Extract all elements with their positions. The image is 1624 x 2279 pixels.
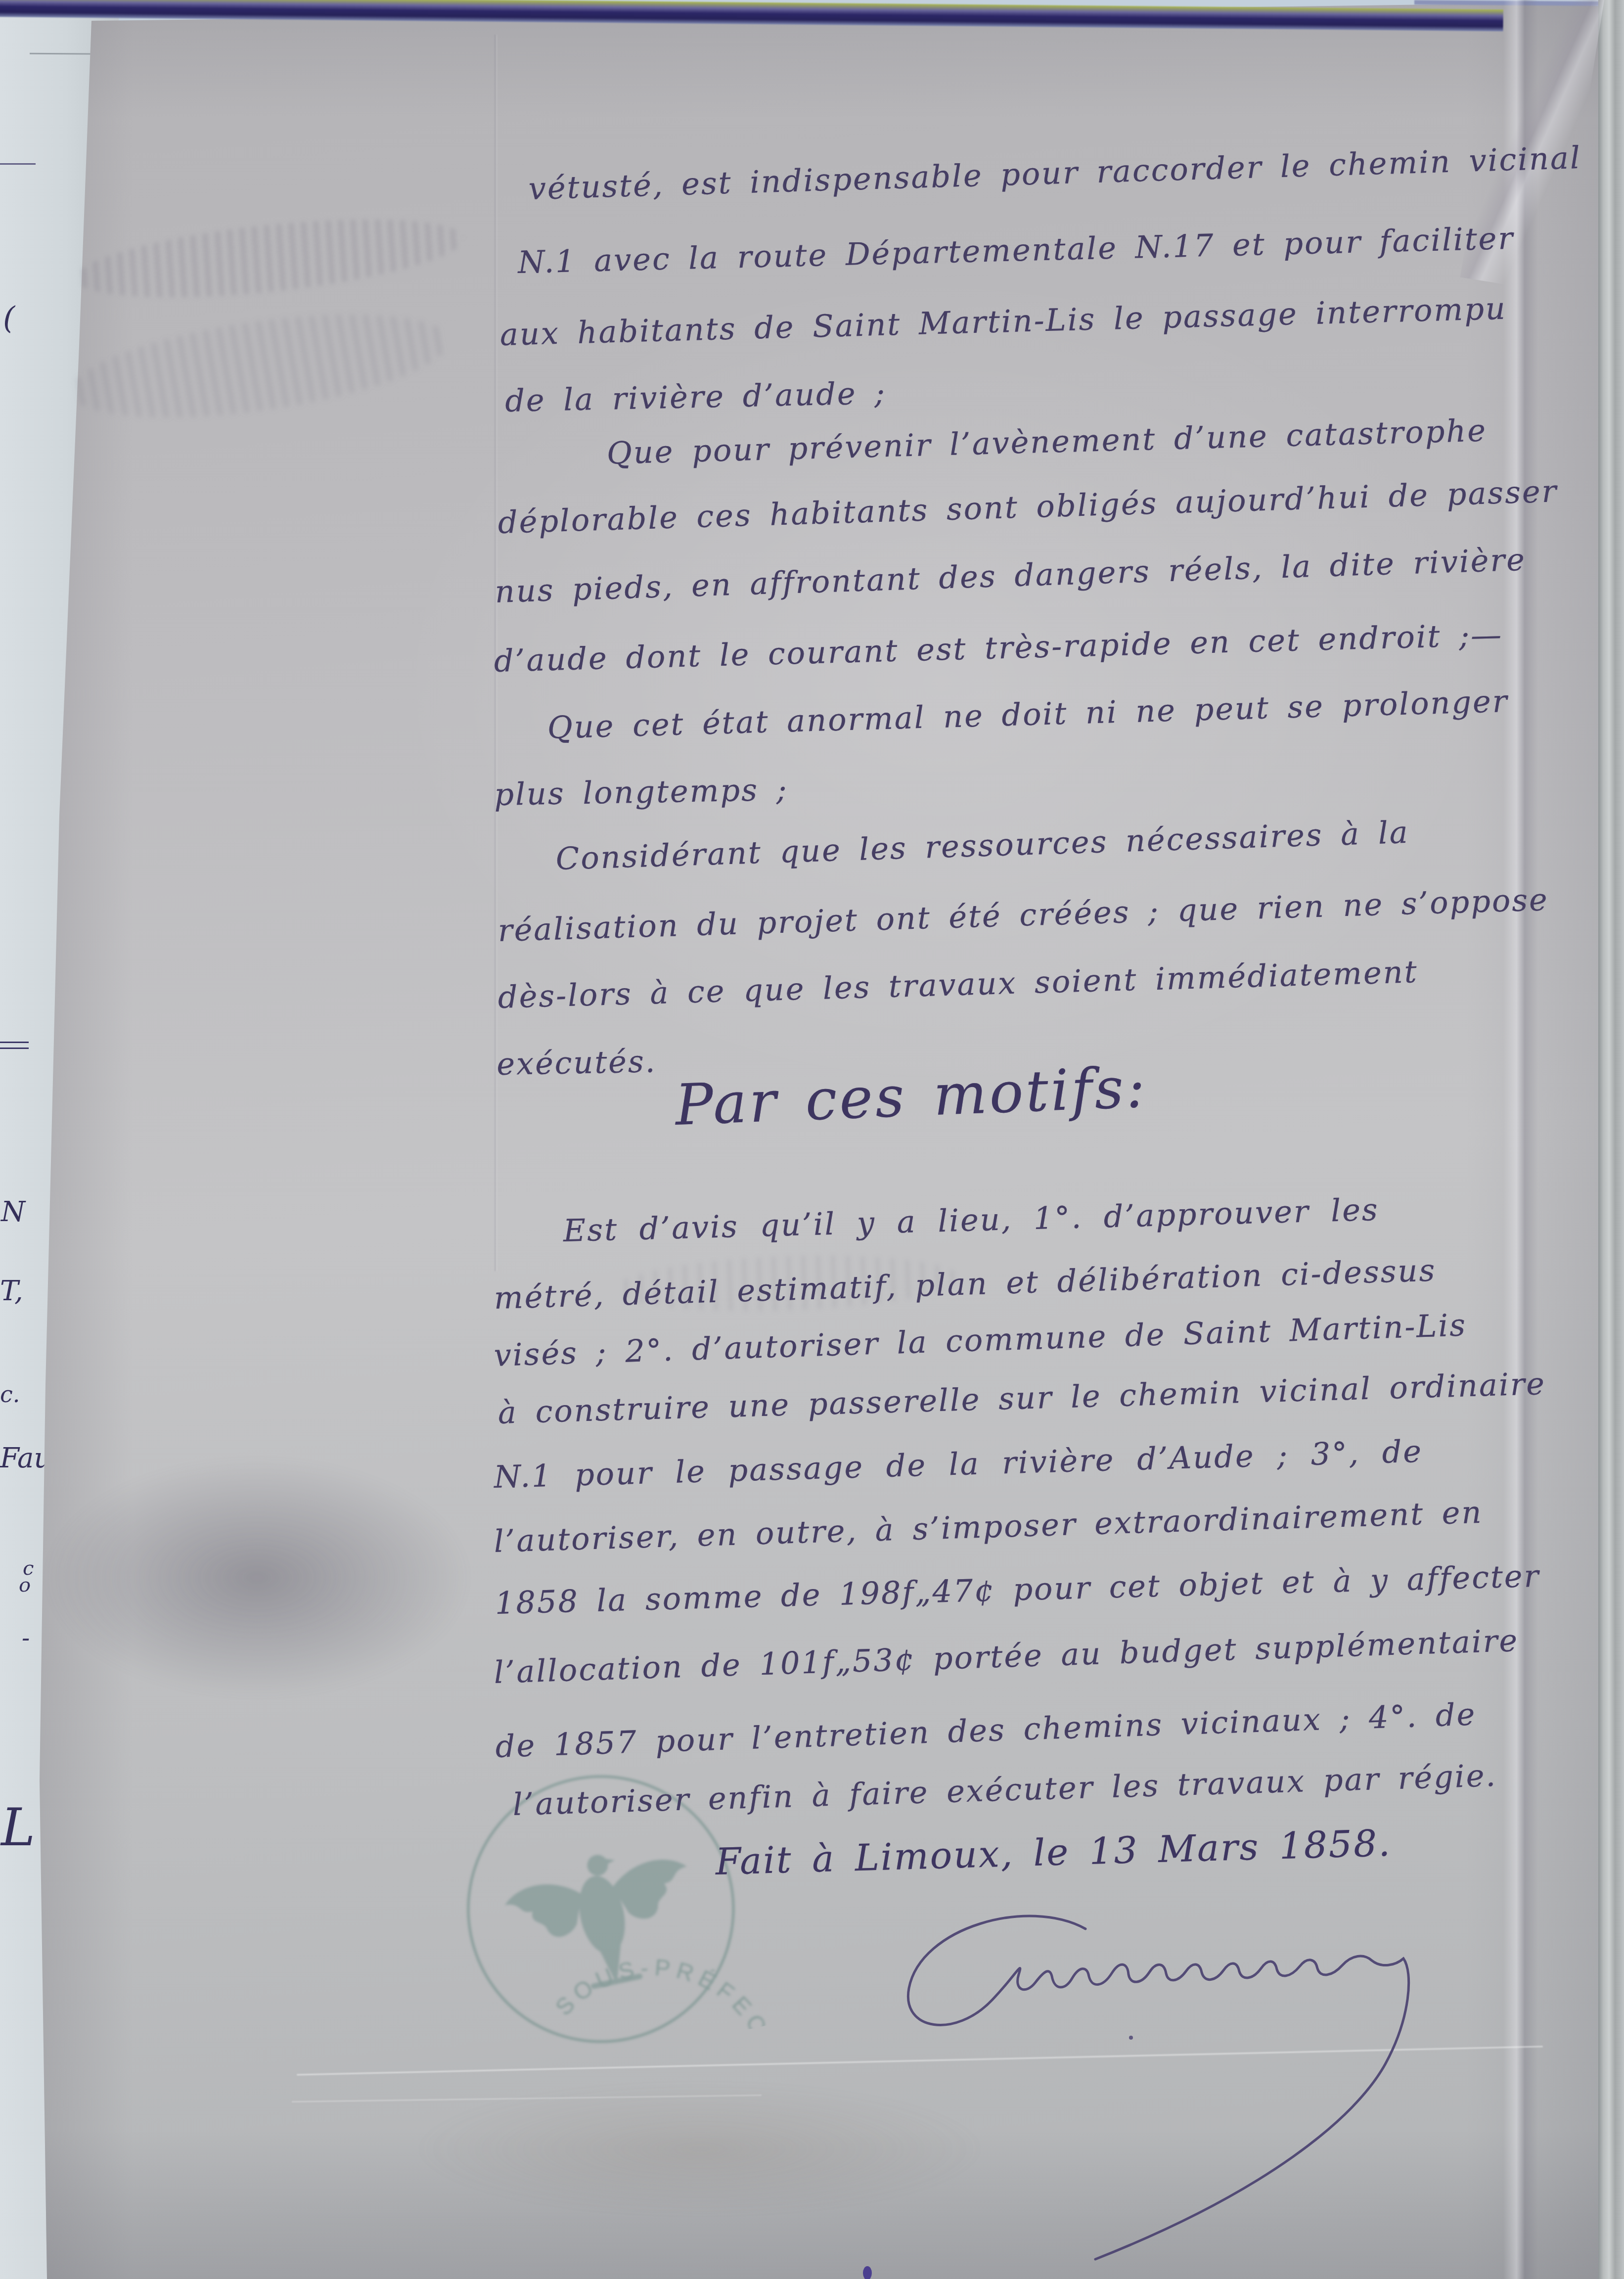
ink-dot bbox=[1129, 2036, 1133, 2040]
signature-scrawl bbox=[908, 1916, 1408, 2259]
scanned-document: { "doc": { "language": "fr", "lines": [ … bbox=[0, 0, 1624, 2279]
ink-blot bbox=[863, 2266, 872, 2279]
signature-layer bbox=[0, 0, 1624, 2279]
